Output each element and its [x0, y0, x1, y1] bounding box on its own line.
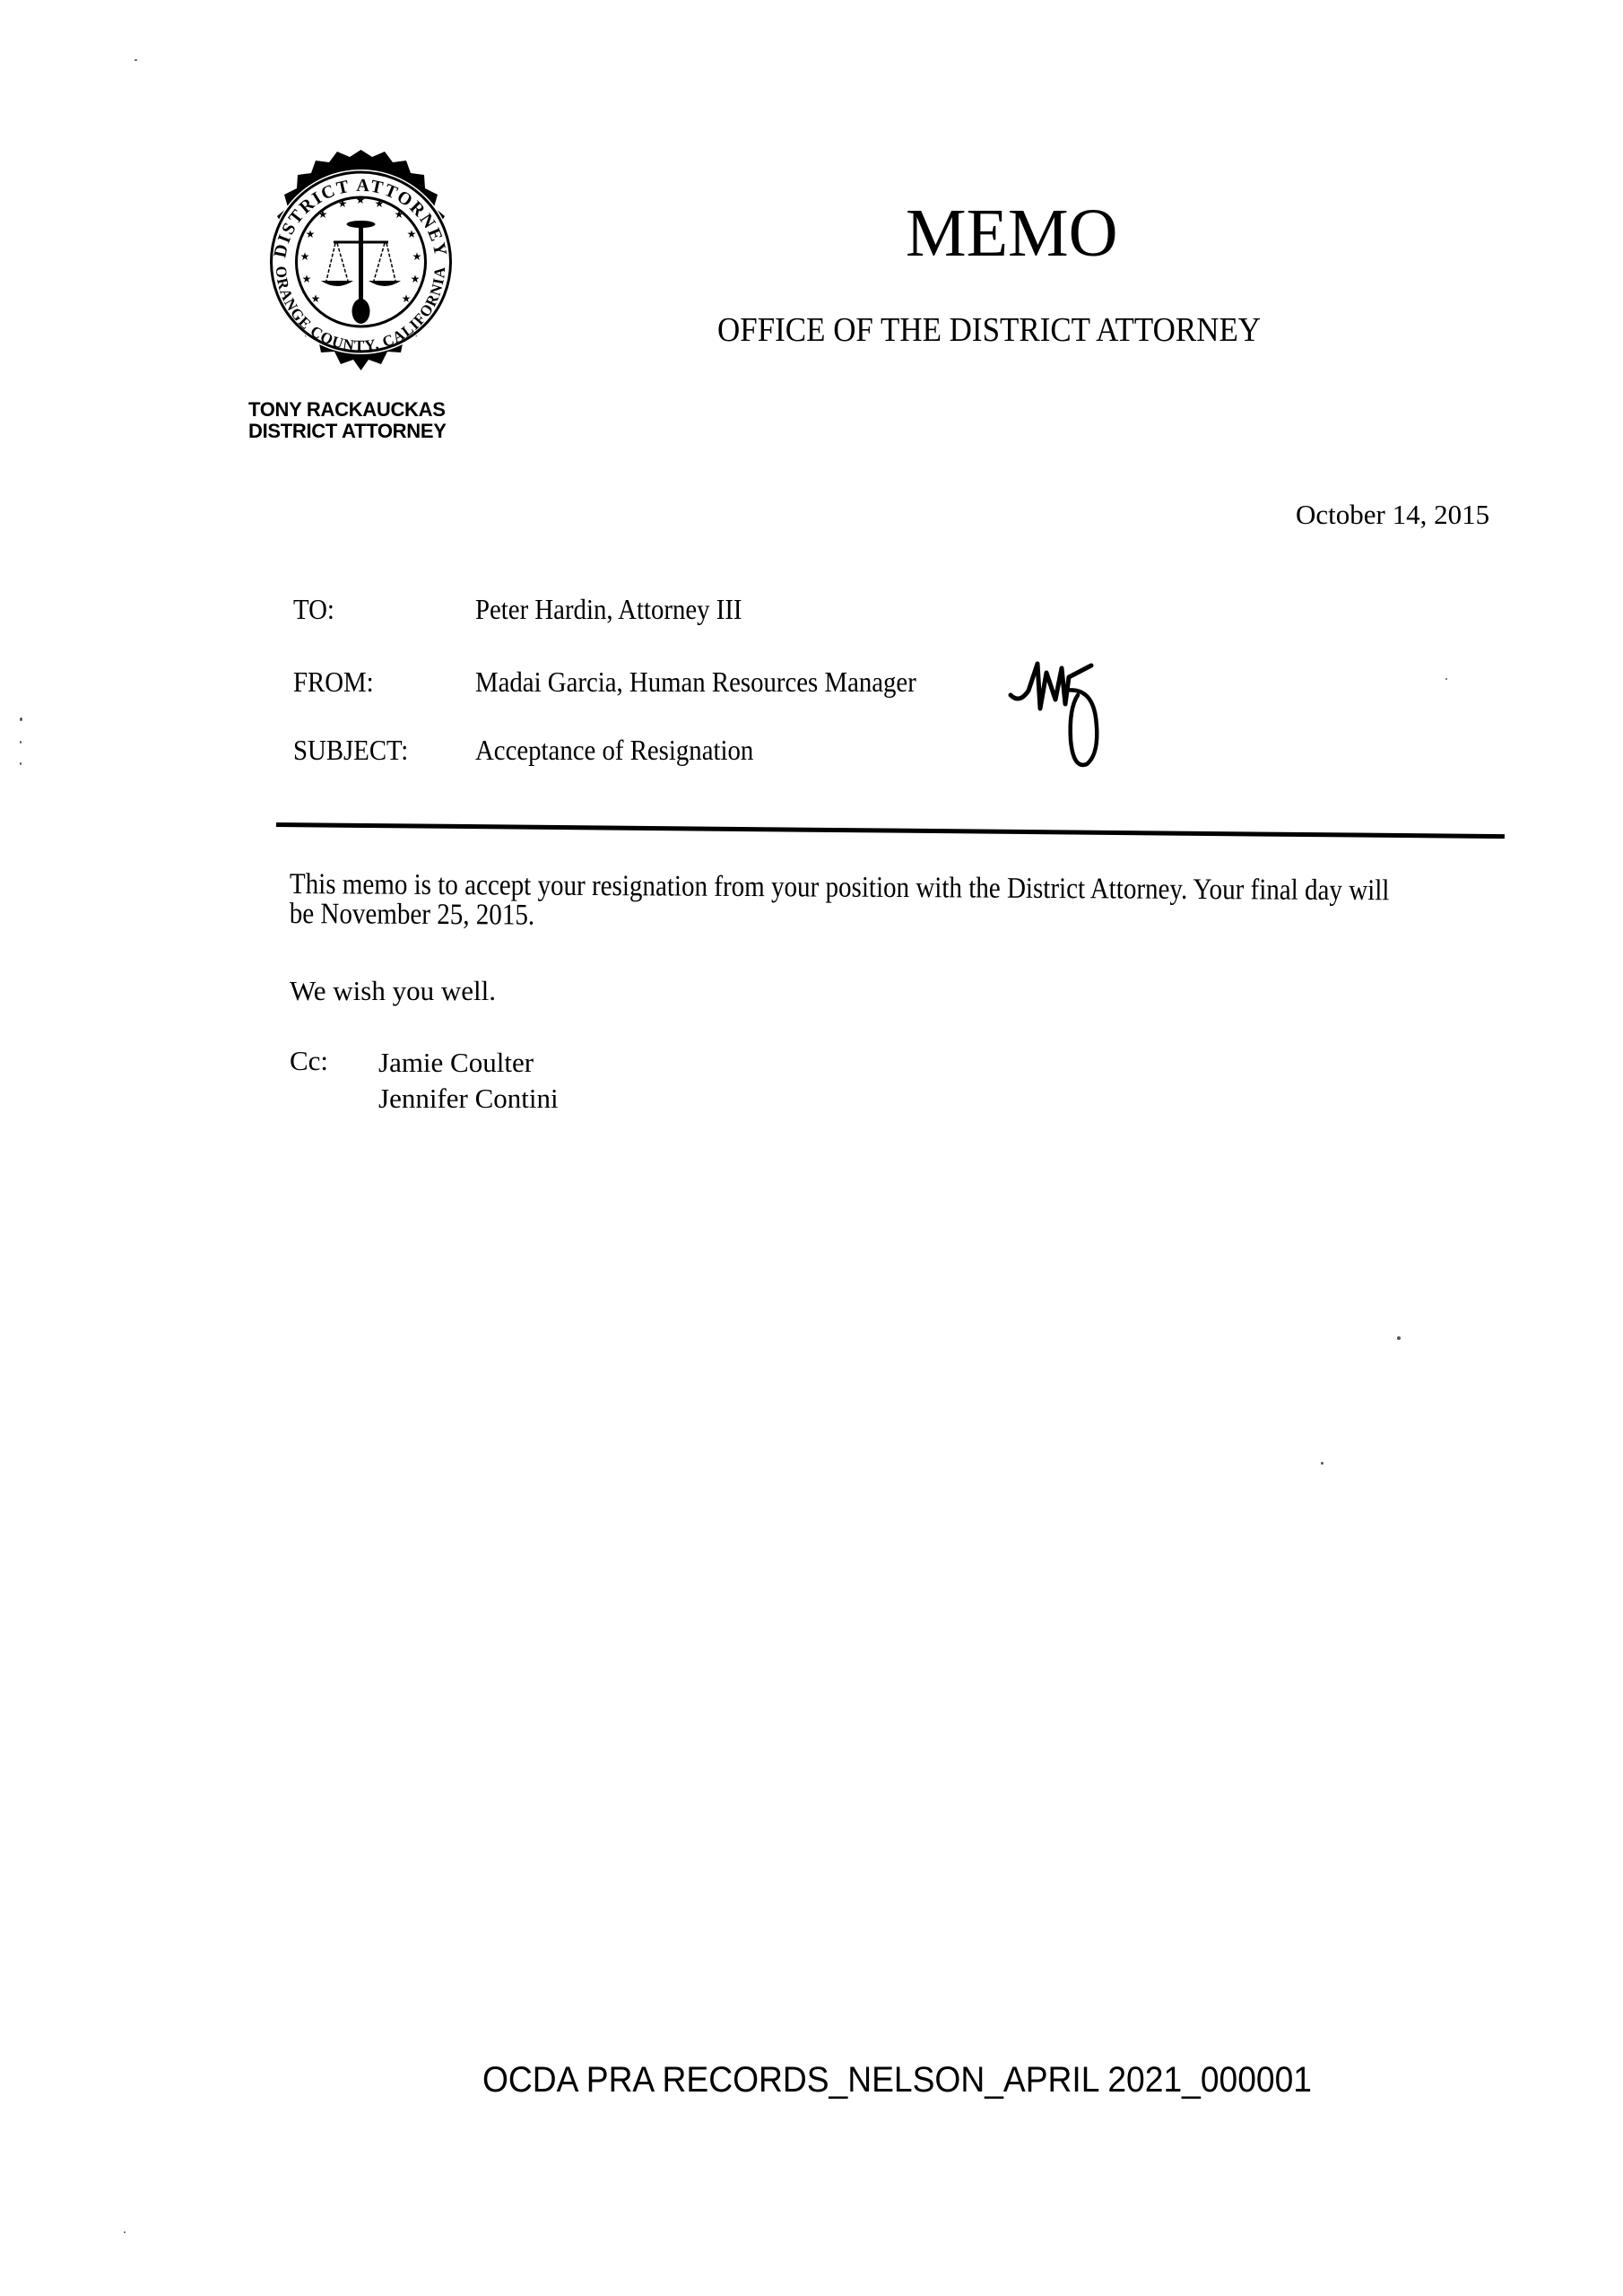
svg-text:★: ★ — [412, 250, 422, 263]
scan-speck — [135, 59, 137, 61]
body-paragraph: This memo is to accept your resignation … — [290, 870, 1394, 935]
signature-initials-icon — [1006, 655, 1114, 780]
cc-label: Cc: — [290, 1045, 328, 1077]
official-name: TONY RACKAUCKAS — [248, 399, 447, 421]
bates-number: OCDA PRA RECORDS_NELSON_APRIL 2021_00000… — [482, 2058, 1312, 2101]
office-heading: OFFICE OF THE DISTRICT ATTORNEY — [717, 310, 1261, 350]
district-attorney-seal-icon: DISTRICT ATTORNEY ORANGE COUNTY, CALIFOR… — [242, 148, 480, 386]
memo-page: DISTRICT ATTORNEY ORANGE COUNTY, CALIFOR… — [0, 0, 1623, 2296]
svg-text:★: ★ — [302, 273, 312, 285]
to-value: Peter Hardin, Attorney III — [475, 593, 742, 625]
cc-recipient: Jennifer Contini — [378, 1081, 559, 1117]
svg-text:★: ★ — [306, 228, 316, 240]
svg-text:★: ★ — [338, 197, 348, 210]
svg-text:★: ★ — [311, 292, 321, 305]
svg-text:★: ★ — [402, 292, 412, 305]
scan-speck — [124, 2231, 126, 2233]
cc-list: Jamie Coulter Jennifer Contini — [378, 1045, 559, 1117]
subject-label: SUBJECT: — [293, 734, 408, 766]
svg-text:★: ★ — [411, 273, 421, 285]
scan-speck — [1397, 1336, 1401, 1340]
scan-speck — [1321, 1462, 1324, 1465]
official-title: DISTRICT ATTORNEY — [248, 421, 447, 442]
from-value: Madai Garcia, Human Resources Manager — [475, 665, 916, 698]
svg-text:★: ★ — [300, 250, 310, 263]
svg-text:★: ★ — [318, 208, 328, 221]
svg-text:★: ★ — [356, 194, 366, 206]
official-block: TONY RACKAUCKAS DISTRICT ATTORNEY — [248, 399, 447, 442]
scan-speck — [1445, 678, 1447, 680]
subject-value: Acceptance of Resignation — [475, 734, 753, 766]
svg-text:★: ★ — [407, 228, 417, 240]
scan-speck — [20, 762, 22, 765]
memo-title: MEMO — [906, 196, 1117, 271]
header-divider — [276, 822, 1505, 839]
scan-speck — [20, 717, 22, 721]
svg-text:★: ★ — [375, 197, 385, 210]
svg-text:★: ★ — [395, 208, 404, 221]
closing-line: We wish you well. — [290, 975, 496, 1007]
from-label: FROM: — [293, 665, 374, 698]
cc-recipient: Jamie Coulter — [378, 1045, 559, 1081]
to-label: TO: — [293, 593, 334, 625]
scan-speck — [20, 741, 22, 744]
memo-date: October 14, 2015 — [1296, 499, 1489, 531]
